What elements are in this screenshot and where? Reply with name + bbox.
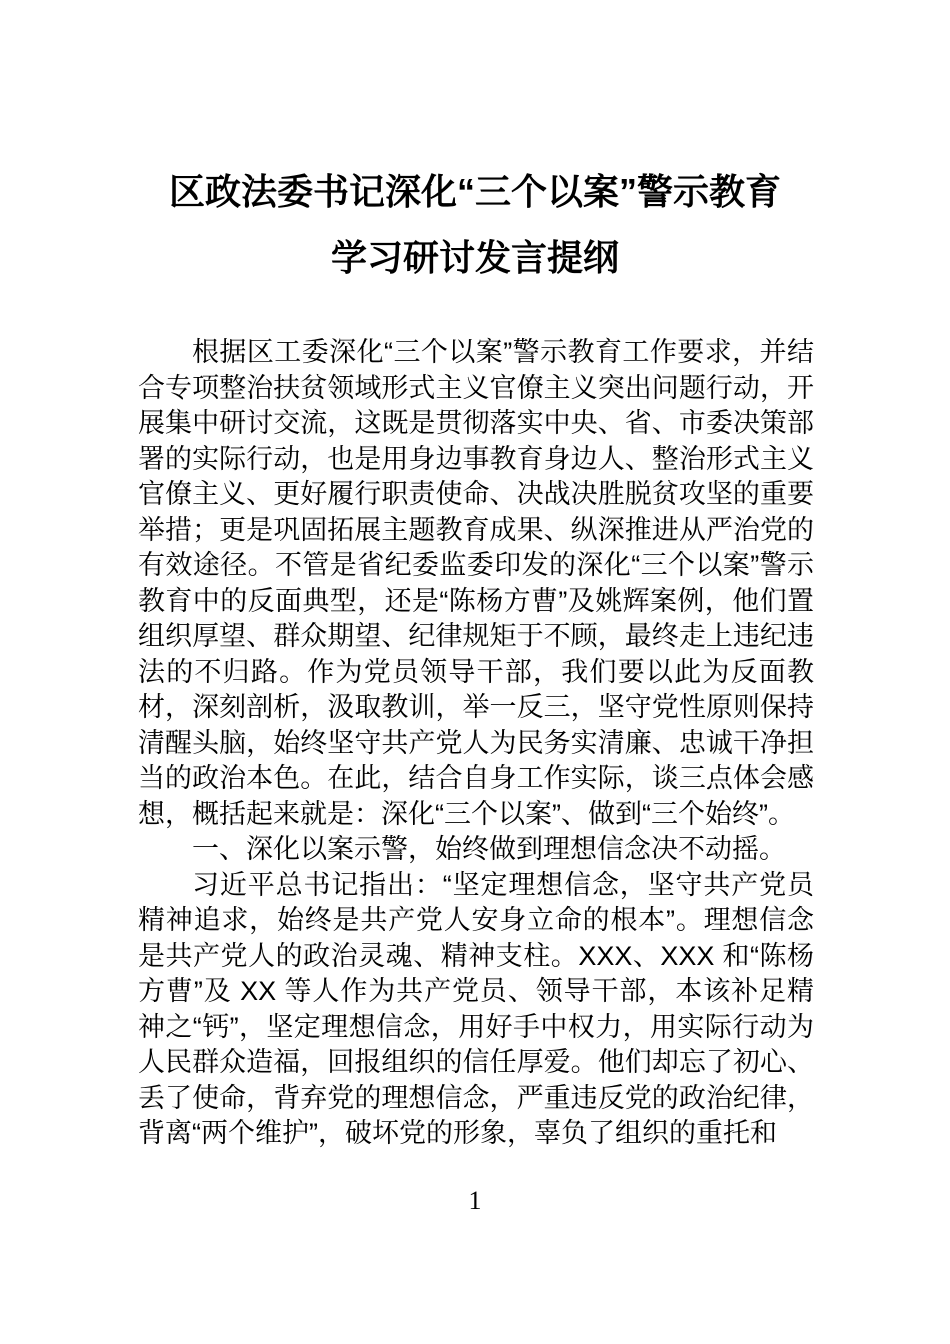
document-title-line-1: 区政法委书记深化“三个以案”警示教育	[0, 159, 950, 225]
document-title-line-2: 学习研讨发言提纲	[0, 225, 950, 291]
document-title: 区政法委书记深化“三个以案”警示教育 学习研讨发言提纲	[0, 159, 950, 291]
document-body: 根据区工委深化“三个以案”警示教育工作要求，并结合专项整治扶贫领域形式主义官僚主…	[138, 335, 814, 1152]
paragraph-intro: 根据区工委深化“三个以案”警示教育工作要求，并结合专项整治扶贫领域形式主义官僚主…	[138, 335, 814, 832]
page-number: 1	[0, 1186, 950, 1216]
document-page: 区政法委书记深化“三个以案”警示教育 学习研讨发言提纲 根据区工委深化“三个以案…	[0, 0, 950, 1344]
section-heading-1: 一、深化以案示警，始终做到理想信念决不动摇。	[138, 832, 814, 868]
paragraph-section-1-body: 习近平总书记指出：“坚定理想信念，坚守共产党员精神追求，始终是共产党人安身立命的…	[138, 868, 814, 1152]
